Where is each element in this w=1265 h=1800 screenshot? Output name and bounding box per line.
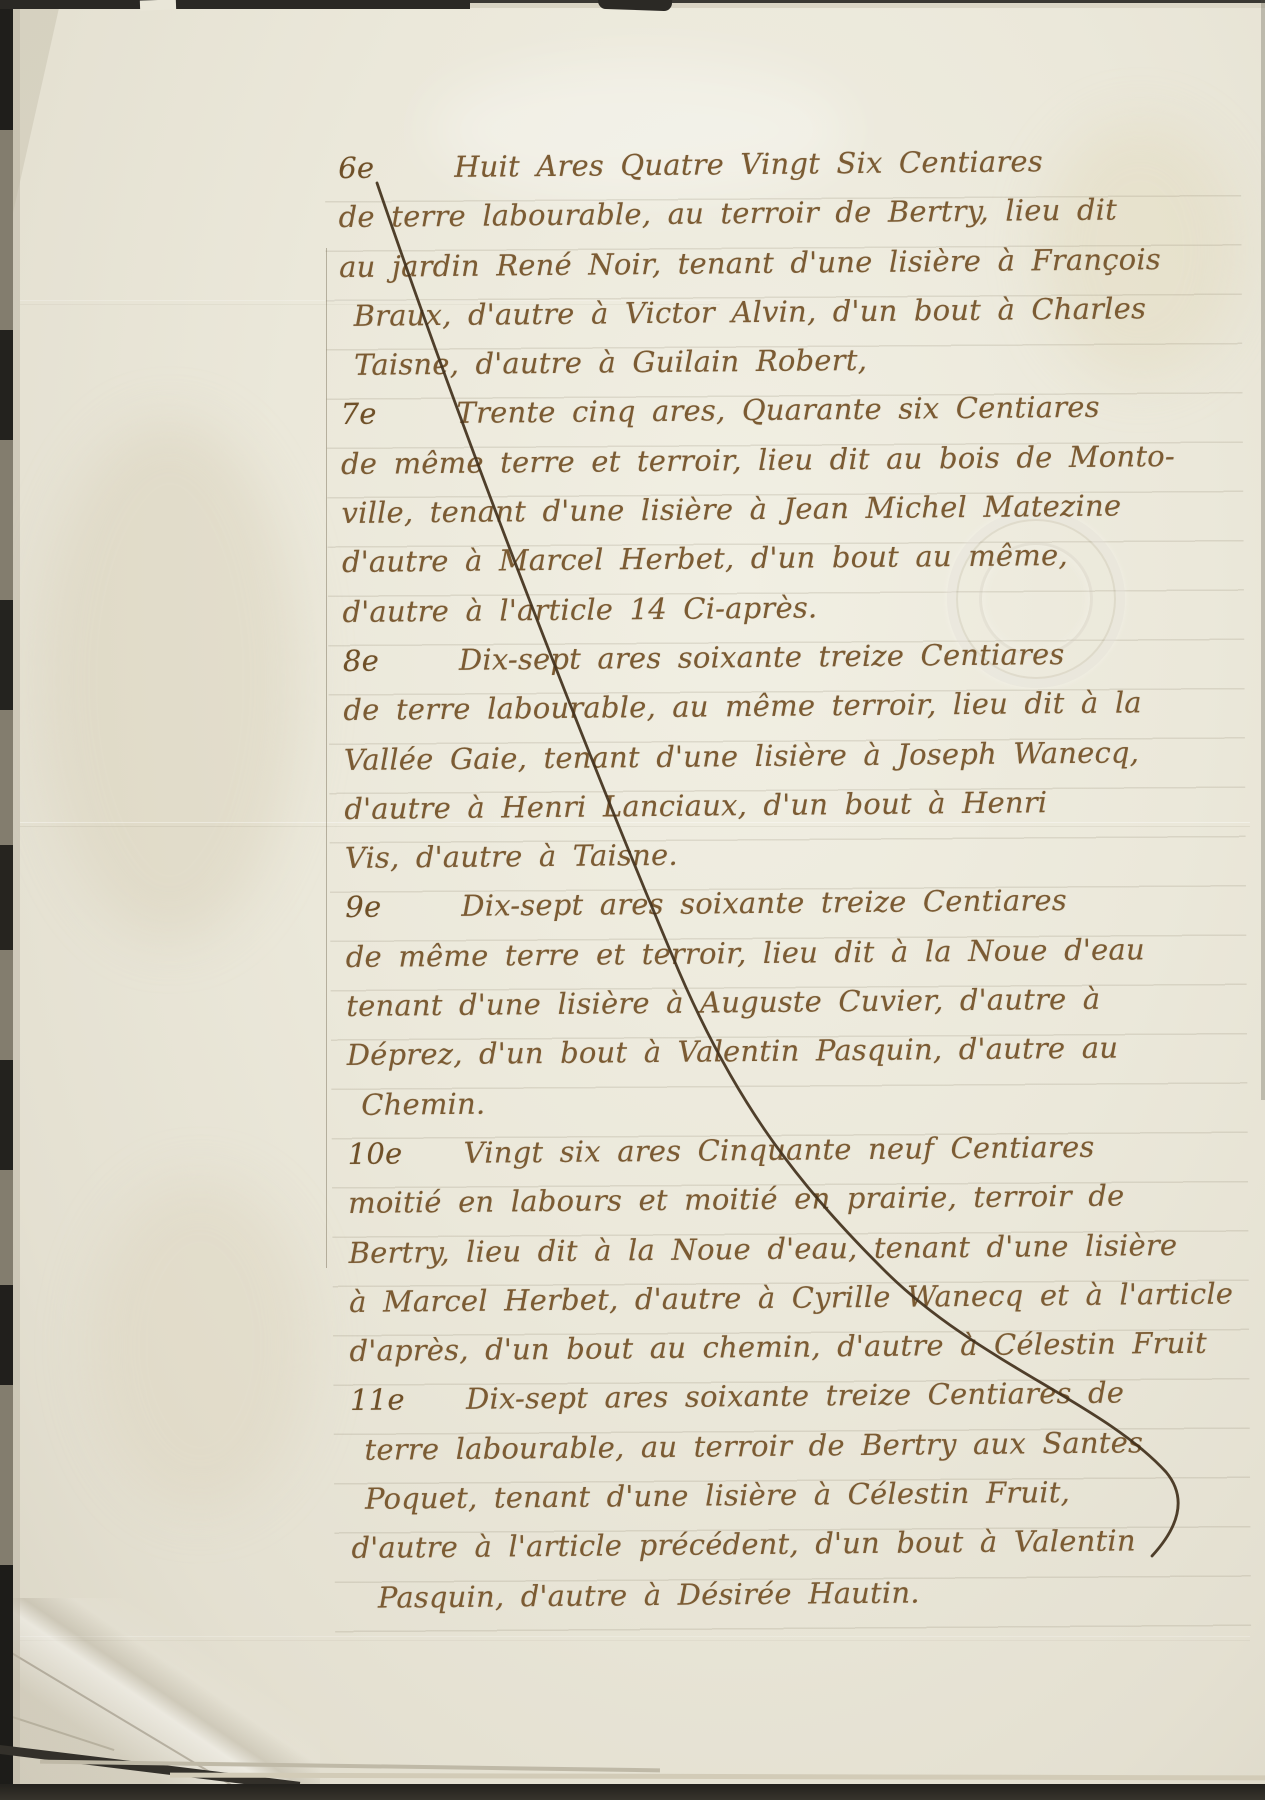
scanned-document: 6eHuit Ares Quatre Vingt Six Centiares d… — [0, 0, 1265, 1800]
line-text: Vis, d'autre à Taisne. — [345, 838, 678, 875]
handwriting-line: terre labourable, au terroir de Bertry a… — [350, 1417, 1265, 1475]
line-text: Dix-sept ares soixante treize Centiares — [461, 883, 1067, 923]
page-tab-top — [140, 0, 176, 11]
paper-stain — [90, 1180, 310, 1510]
handwriting-line: de même terre et terroir, lieu dit au bo… — [341, 431, 1256, 489]
line-text: de terre labourable, au terroir de Bertr… — [339, 193, 1118, 234]
line-text: d'après, d'un bout au chemin, d'autre à … — [349, 1326, 1207, 1368]
handwriting-line: Poquet, tenant d'une lisière à Célestin … — [351, 1466, 1265, 1524]
line-text: de même terre et terroir, lieu dit au bo… — [341, 439, 1175, 481]
item-number: 6e — [338, 143, 454, 193]
line-text: de terre labourable, au même terroir, li… — [343, 686, 1142, 728]
handwriting-line: moitié en labours et moitié en prairie, … — [348, 1170, 1263, 1228]
scan-edge-top — [0, 0, 470, 9]
handwriting-line: d'autre à l'article précédent, d'un bout… — [351, 1515, 1265, 1573]
margin-rule-line — [326, 248, 327, 1268]
line-text: Déprez, d'un bout à Valentin Pasquin, d'… — [347, 1031, 1119, 1072]
item-number: 11e — [350, 1375, 466, 1425]
line-text: d'autre à l'article 14 Ci-après. — [342, 590, 817, 629]
line-text: d'autre à l'article précédent, d'un bout… — [351, 1524, 1136, 1566]
paper-stain — [40, 420, 300, 940]
handwriting-line: Pasquin, d'autre à Désirée Hautin. — [352, 1565, 1265, 1623]
scan-edge-bottom — [0, 1784, 1265, 1800]
handwriting-line: ville, tenant d'une lisière à Jean Miche… — [341, 480, 1256, 538]
line-text: Poquet, tenant d'une lisière à Célestin … — [365, 1475, 1070, 1516]
line-text: moitié en labours et moitié en prairie, … — [348, 1179, 1125, 1220]
page-edge-right — [1261, 0, 1265, 1100]
handwritten-text-block: 6eHuit Ares Quatre Vingt Six Centiares d… — [338, 135, 1265, 1623]
line-text: Vallée Gaie, tenant d'une lisière à Jose… — [344, 735, 1140, 777]
line-text: Braux, d'autre à Victor Alvin, d'un bout… — [353, 291, 1146, 333]
handwriting-line: Braux, d'autre à Victor Alvin, d'un bout… — [339, 283, 1254, 341]
scan-edge-left — [0, 0, 13, 1800]
line-text: Pasquin, d'autre à Désirée Hautin. — [378, 1575, 920, 1614]
handwriting-line: 6eHuit Ares Quatre Vingt Six Centiares — [338, 135, 1253, 193]
line-text: terre labourable, au terroir de Bertry a… — [364, 1425, 1143, 1466]
line-text: Chemin. — [361, 1086, 485, 1121]
handwriting-line: de terre labourable, au terroir de Bertr… — [338, 185, 1253, 243]
line-text: Dix-sept ares soixante treize Centiares … — [466, 1376, 1124, 1416]
handwriting-line: au jardin René Noir, tenant d'une lisièr… — [339, 234, 1254, 292]
handwriting-line: 8eDix-sept ares soixante treize Centiare… — [343, 628, 1258, 686]
item-number: 7e — [340, 389, 456, 439]
handwriting-line: Vallée Gaie, tenant d'une lisière à Jose… — [344, 727, 1259, 785]
handwriting-line: 11eDix-sept ares soixante treize Centiar… — [350, 1368, 1265, 1426]
page-edge-left — [13, 0, 20, 1800]
line-text: Trente cinq ares, Quarante six Centiares — [456, 390, 1099, 430]
handwriting-line: d'autre à l'article 14 Ci-après. — [342, 579, 1257, 637]
handwriting-line: Bertry, lieu dit à la Noue d'eau, tenant… — [348, 1220, 1263, 1278]
handwriting-line: 9eDix-sept ares soixante treize Centiare… — [345, 875, 1260, 933]
line-text: tenant d'une lisière à Auguste Cuvier, d… — [346, 982, 1100, 1023]
handwriting-line: d'autre à Henri Lanciaux, d'un bout à He… — [344, 776, 1259, 834]
line-text: ville, tenant d'une lisière à Jean Miche… — [341, 489, 1121, 530]
line-text: d'autre à Henri Lanciaux, d'un bout à He… — [344, 785, 1047, 826]
line-text: Vingt six ares Cinquante neuf Centiares — [464, 1130, 1095, 1170]
handwriting-line: de terre labourable, au même terroir, li… — [343, 677, 1258, 735]
line-text: à Marcel Herbet, d'autre à Cyrille Wanec… — [349, 1276, 1233, 1318]
item-number: 8e — [343, 636, 459, 686]
line-text: Taisne, d'autre à Guilain Robert, — [354, 343, 867, 382]
line-text: Huit Ares Quatre Vingt Six Centiares — [454, 144, 1043, 184]
handwriting-line: de même terre et terroir, lieu dit à la … — [346, 924, 1261, 982]
item-number: 9e — [345, 882, 461, 932]
handwriting-line: 7eTrente cinq ares, Quarante six Centiar… — [340, 382, 1255, 440]
handwriting-line: Déprez, d'un bout à Valentin Pasquin, d'… — [347, 1023, 1262, 1081]
handwriting-line: 10eVingt six ares Cinquante neuf Centiar… — [347, 1121, 1262, 1179]
line-text: Dix-sept ares soixante treize Centiares — [459, 637, 1065, 677]
handwriting-line: d'autre à Marcel Herbet, d'un bout au mê… — [342, 530, 1257, 588]
item-number: 10e — [347, 1129, 463, 1179]
line-text: au jardin René Noir, tenant d'une lisièr… — [339, 242, 1161, 284]
line-text: de même terre et terroir, lieu dit à la … — [346, 932, 1145, 974]
line-text: d'autre à Marcel Herbet, d'un bout au mê… — [342, 538, 1068, 579]
line-text: Bertry, lieu dit à la Noue d'eau, tenant… — [348, 1228, 1177, 1270]
handwriting-line: tenant d'une lisière à Auguste Cuvier, d… — [346, 973, 1261, 1031]
handwriting-line: Chemin. — [347, 1072, 1262, 1130]
handwriting-line: à Marcel Herbet, d'autre à Cyrille Wanec… — [349, 1269, 1264, 1327]
handwriting-line: Vis, d'autre à Taisne. — [345, 825, 1260, 883]
handwriting-line: d'après, d'un bout au chemin, d'autre à … — [349, 1318, 1264, 1376]
handwriting-line: Taisne, d'autre à Guilain Robert, — [340, 332, 1255, 390]
